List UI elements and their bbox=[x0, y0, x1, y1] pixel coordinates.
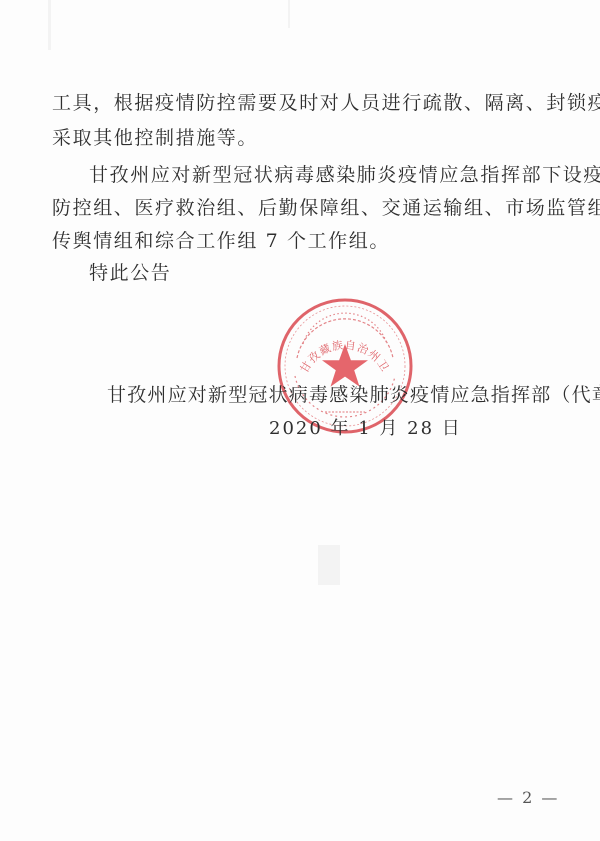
body-text-line: 甘孜州应对新型冠状病毒感染肺炎疫情应急指挥部下设疫情 bbox=[89, 163, 600, 187]
body-text-line: 采取其他控制措施等。 bbox=[52, 126, 258, 150]
document-page: 工具，根据疫情防控需要及时对人员进行疏散、隔离、封锁疫区以及 采取其他控制措施等… bbox=[0, 0, 600, 841]
page-number: — 2 — bbox=[497, 788, 559, 807]
scan-artifact bbox=[318, 545, 340, 585]
signature-line: 甘孜州应对新型冠状病毒感染肺炎疫情应急指挥部（代章） bbox=[107, 383, 600, 407]
issue-date: 2020 年 1 月 28 日 bbox=[269, 417, 462, 441]
closing-text: 特此公告 bbox=[89, 261, 171, 285]
body-text-line: 工具，根据疫情防控需要及时对人员进行疏散、隔离、封锁疫区以及 bbox=[52, 91, 600, 115]
scan-artifact bbox=[48, 0, 51, 50]
scan-artifact bbox=[288, 0, 290, 28]
official-seal: 甘孜藏族自治州卫生健康委员会 bbox=[275, 296, 415, 436]
seal-graphic: 甘孜藏族自治州卫生健康委员会 bbox=[275, 296, 415, 436]
body-text-line: 防控组、医疗救治组、后勤保障组、交通运输组、市场监管组、宣 bbox=[52, 196, 600, 220]
body-text-line: 传舆情组和综合工作组 7 个工作组。 bbox=[52, 229, 390, 253]
